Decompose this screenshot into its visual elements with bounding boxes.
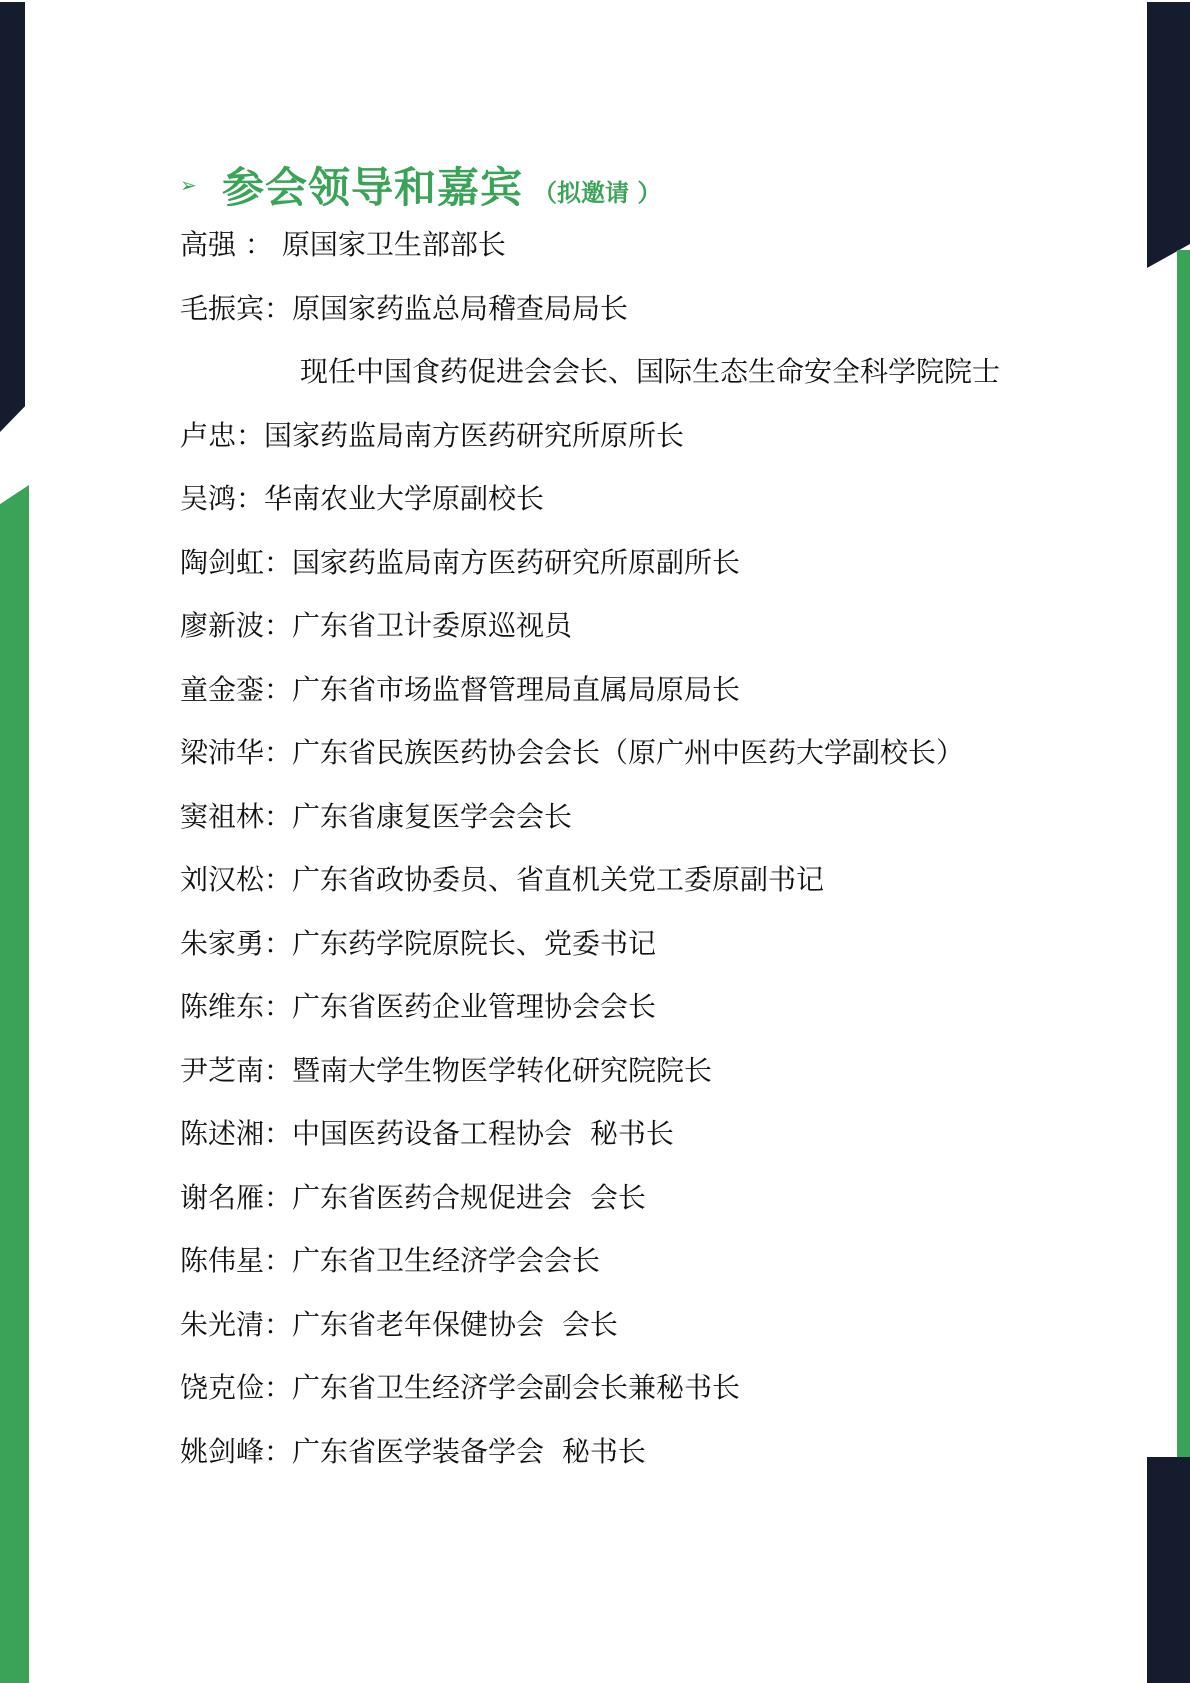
guest-row: 陈维东：广东省医药企业管理协会会长 — [180, 989, 1100, 1025]
guest-row: 毛振宾：原国家药监总局稽查局局长 — [180, 291, 1100, 327]
guest-separator: ： — [236, 418, 264, 454]
guest-name: 朱家勇 — [180, 926, 264, 962]
guest-separator: ： — [264, 1053, 292, 1089]
guest-separator: ： — [264, 1434, 292, 1470]
guest-row: 饶克俭：广东省卫生经济学会副会长兼秘书长 — [180, 1370, 1100, 1406]
guest-role: 广东省老年保健协会 会长 — [292, 1307, 618, 1343]
guest-section: ➢ 参会领导和嘉宾 （拟邀请 ） 高强 ： 原国家卫生部部长 毛振宾：原国家药监… — [180, 155, 1100, 1497]
guest-role: 广东省民族医药协会会长（原广州中医药大学副校长） — [292, 735, 964, 771]
guest-row: 谢名雁：广东省医药合规促进会 会长 — [180, 1180, 1100, 1216]
guest-row: 朱光清：广东省老年保健协会 会长 — [180, 1307, 1100, 1343]
guest-name: 陈维东 — [180, 989, 264, 1025]
guest-row: 吴鸿：华南农业大学原副校长 — [180, 481, 1100, 517]
guest-role: 广东省卫计委原巡视员 — [292, 608, 572, 644]
guest-separator: ： — [264, 926, 292, 962]
guest-row: 刘汉松：广东省政协委员、省直机关党工委原副书记 — [180, 862, 1100, 898]
guest-separator: ： — [264, 672, 292, 708]
guest-name: 刘汉松 — [180, 862, 264, 898]
guest-role: 国家药监局南方医药研究所原所长 — [264, 418, 684, 454]
guest-separator: ： — [264, 608, 292, 644]
right-navy-bottom-decoration-bar — [1147, 1457, 1190, 1683]
guest-role: 华南农业大学原副校长 — [264, 481, 544, 517]
guest-role: 暨南大学生物医学转化研究院院长 — [292, 1053, 712, 1089]
guest-separator: ： — [236, 227, 282, 263]
section-header: ➢ 参会领导和嘉宾 （拟邀请 ） — [180, 155, 1100, 215]
section-subtitle: （拟邀请 ） — [533, 163, 661, 208]
guest-name: 尹芝南 — [180, 1053, 264, 1089]
guest-row: 梁沛华：广东省民族医药协会会长（原广州中医药大学副校长） — [180, 735, 1100, 771]
guest-list: 高强 ： 原国家卫生部部长 毛振宾：原国家药监总局稽查局局长 现任中国食药促进会… — [180, 227, 1100, 1470]
right-navy-top-decoration-bar — [1147, 2, 1190, 268]
guest-name: 姚剑峰 — [180, 1434, 264, 1470]
guest-name: 童金銮 — [180, 672, 264, 708]
guest-row: 廖新波：广东省卫计委原巡视员 — [180, 608, 1100, 644]
guest-name: 陈述湘 — [180, 1116, 264, 1152]
guest-row: 陶剑虹：国家药监局南方医药研究所原副所长 — [180, 545, 1100, 581]
guest-role: 广东省医药企业管理协会会长 — [292, 989, 656, 1025]
guest-row: 姚剑峰：广东省医学装备学会 秘书长 — [180, 1434, 1100, 1470]
guest-separator: ： — [264, 1307, 292, 1343]
arrowhead-right-icon: ➢ — [180, 173, 222, 197]
section-title: 参会领导和嘉宾 — [222, 155, 523, 215]
guest-row: 高强 ： 原国家卫生部部长 — [180, 227, 1100, 263]
guest-role: 国家药监局南方医药研究所原副所长 — [292, 545, 740, 581]
guest-role: 中国医药设备工程协会 秘书长 — [292, 1116, 674, 1152]
guest-separator: ： — [264, 1370, 292, 1406]
guest-row: 朱家勇：广东药学院原院长、党委书记 — [180, 926, 1100, 962]
guest-separator: ： — [236, 481, 264, 517]
guest-role: 广东省卫生经济学会会长 — [292, 1243, 600, 1279]
guest-role-continuation: 现任中国食药促进会会长、国际生态生命安全科学院院士 — [180, 354, 1100, 390]
guest-role: 原国家药监总局稽查局局长 — [292, 291, 628, 327]
guest-role: 广东药学院原院长、党委书记 — [292, 926, 656, 962]
right-green-decoration-bar — [1177, 250, 1190, 1460]
guest-row: 卢忠：国家药监局南方医药研究所原所长 — [180, 418, 1100, 454]
left-green-decoration-bar — [0, 485, 29, 1683]
guest-name: 窦祖林 — [180, 799, 264, 835]
guest-role: 广东省康复医学会会长 — [292, 799, 572, 835]
guest-name: 朱光清 — [180, 1307, 264, 1343]
guest-separator: ： — [264, 1180, 292, 1216]
guest-role: 原国家卫生部部长 — [282, 227, 506, 263]
guest-role: 广东省市场监督管理局直属局原局长 — [292, 672, 740, 708]
guest-row: 尹芝南：暨南大学生物医学转化研究院院长 — [180, 1053, 1100, 1089]
guest-role: 广东省卫生经济学会副会长兼秘书长 — [292, 1370, 740, 1406]
left-navy-decoration-bar — [0, 2, 25, 432]
guest-separator: ： — [264, 735, 292, 771]
guest-name: 卢忠 — [180, 418, 236, 454]
guest-name: 谢名雁 — [180, 1180, 264, 1216]
guest-role: 广东省政协委员、省直机关党工委原副书记 — [292, 862, 824, 898]
guest-name: 吴鸿 — [180, 481, 236, 517]
guest-name: 高强 — [180, 227, 236, 263]
guest-separator: ： — [264, 291, 292, 327]
guest-name: 梁沛华 — [180, 735, 264, 771]
guest-role: 广东省医学装备学会 秘书长 — [292, 1434, 646, 1470]
guest-name: 廖新波 — [180, 608, 264, 644]
guest-name: 陶剑虹 — [180, 545, 264, 581]
guest-name: 陈伟星 — [180, 1243, 264, 1279]
guest-separator: ： — [264, 1243, 292, 1279]
guest-separator: ： — [264, 862, 292, 898]
guest-row: 陈述湘：中国医药设备工程协会 秘书长 — [180, 1116, 1100, 1152]
guest-role: 广东省医药合规促进会 会长 — [292, 1180, 646, 1216]
guest-name: 饶克俭 — [180, 1370, 264, 1406]
guest-row: 童金銮：广东省市场监督管理局直属局原局长 — [180, 672, 1100, 708]
guest-row: 窦祖林：广东省康复医学会会长 — [180, 799, 1100, 835]
guest-row: 陈伟星：广东省卫生经济学会会长 — [180, 1243, 1100, 1279]
guest-separator: ： — [264, 545, 292, 581]
guest-name: 毛振宾 — [180, 291, 264, 327]
guest-separator: ： — [264, 1116, 292, 1152]
guest-separator: ： — [264, 989, 292, 1025]
guest-separator: ： — [264, 799, 292, 835]
